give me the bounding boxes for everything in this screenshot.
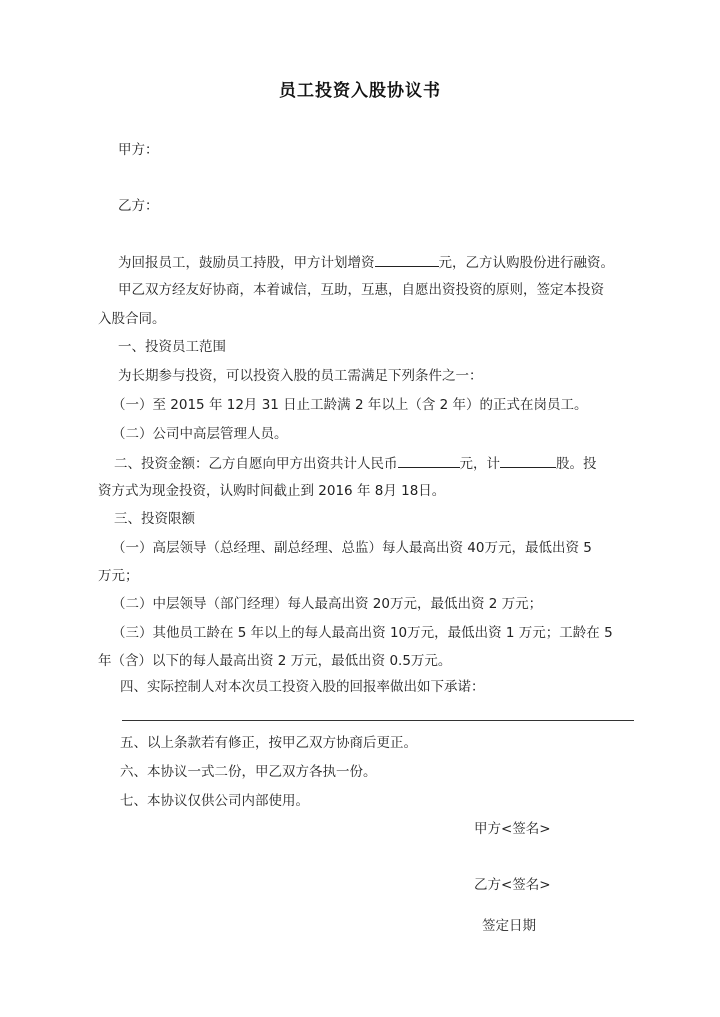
signing-date-label: 签定日期 (482, 917, 536, 935)
party-b-label: 乙方： (118, 197, 159, 215)
section-3-item-1-line-2: 万元； (98, 567, 139, 585)
commitment-blank-line[interactable] (122, 720, 634, 721)
section-5: 五、以上条款若有修正，按甲乙双方协商后更正。 (120, 734, 417, 752)
party-a-signature: 甲方<签名> (474, 820, 551, 838)
capital-increase-amount-blank[interactable] (375, 252, 439, 267)
section-3-item-3-line-2: 年（含）以下的每人最高出资 2 万元，最低出资 0.5万元。 (98, 652, 451, 670)
document-title: 员工投资入股协议书 (0, 76, 720, 101)
section-1-heading: 一、投资员工范围 (118, 338, 226, 356)
intro-text-before: 为回报员工，鼓励员工持股，甲方计划增资 (118, 255, 375, 271)
document-page: 员工投资入股协议书 甲方： 乙方： 为回报员工，鼓励员工持股，甲方计划增资元，乙… (0, 0, 720, 1017)
section-2-text-a: 二、投资金额：乙方自愿向甲方出资共计人民币 (114, 456, 398, 472)
share-count-blank[interactable] (500, 453, 556, 468)
section-1-lead: 为长期参与投资，可以投资入股的员工需满足下列条件之一： (118, 367, 483, 385)
section-3-heading: 三、投资限额 (114, 510, 195, 528)
section-3-item-1-line-1: （一）高层领导（总经理、副总经理、总监）每人最高出资 40万元，最低出资 5 (112, 539, 592, 557)
section-2-line-1: 二、投资金额：乙方自愿向甲方出资共计人民币元，计股。投 (114, 453, 597, 473)
party-a-label: 甲方： (118, 141, 159, 159)
intro-paragraph-1: 为回报员工，鼓励员工持股，甲方计划增资元，乙方认购股份进行融资。 (118, 252, 614, 272)
section-1-item-2: （二）公司中高层管理人员。 (112, 425, 288, 443)
section-1-item-1: （一）至 2015 年 12月 31 日止工龄满 2 年以上（含 2 年）的正式… (112, 396, 588, 414)
party-b-signature: 乙方<签名> (474, 876, 551, 894)
section-7: 七、本协议仅供公司内部使用。 (120, 792, 309, 810)
section-4-heading: 四、实际控制人对本次员工投资入股的回报率做出如下承诺： (120, 678, 485, 696)
section-2-line-2: 资方式为现金投资，认购时间截止到 2016 年 8月 18日。 (98, 482, 445, 500)
section-2-text-b: 元，计 (460, 456, 501, 472)
section-2-text-c: 股。投 (556, 456, 597, 472)
section-3-item-2: （二）中层领导（部门经理）每人最高出资 20万元，最低出资 2 万元； (112, 595, 542, 613)
intro-paragraph-2-line-1: 甲乙双方经友好协商，本着诚信，互助，互惠，自愿出资投资的原则，签定本投资 (118, 281, 604, 299)
section-3-item-3-line-1: （三）其他员工龄在 5 年以上的每人最高出资 10万元，最低出资 1 万元；工龄… (112, 624, 613, 642)
intro-paragraph-2-line-2: 入股合同。 (98, 310, 166, 328)
investment-amount-blank[interactable] (398, 453, 460, 468)
section-6: 六、本协议一式二份，甲乙双方各执一份。 (120, 763, 377, 781)
intro-text-after: 元，乙方认购股份进行融资。 (439, 255, 615, 271)
